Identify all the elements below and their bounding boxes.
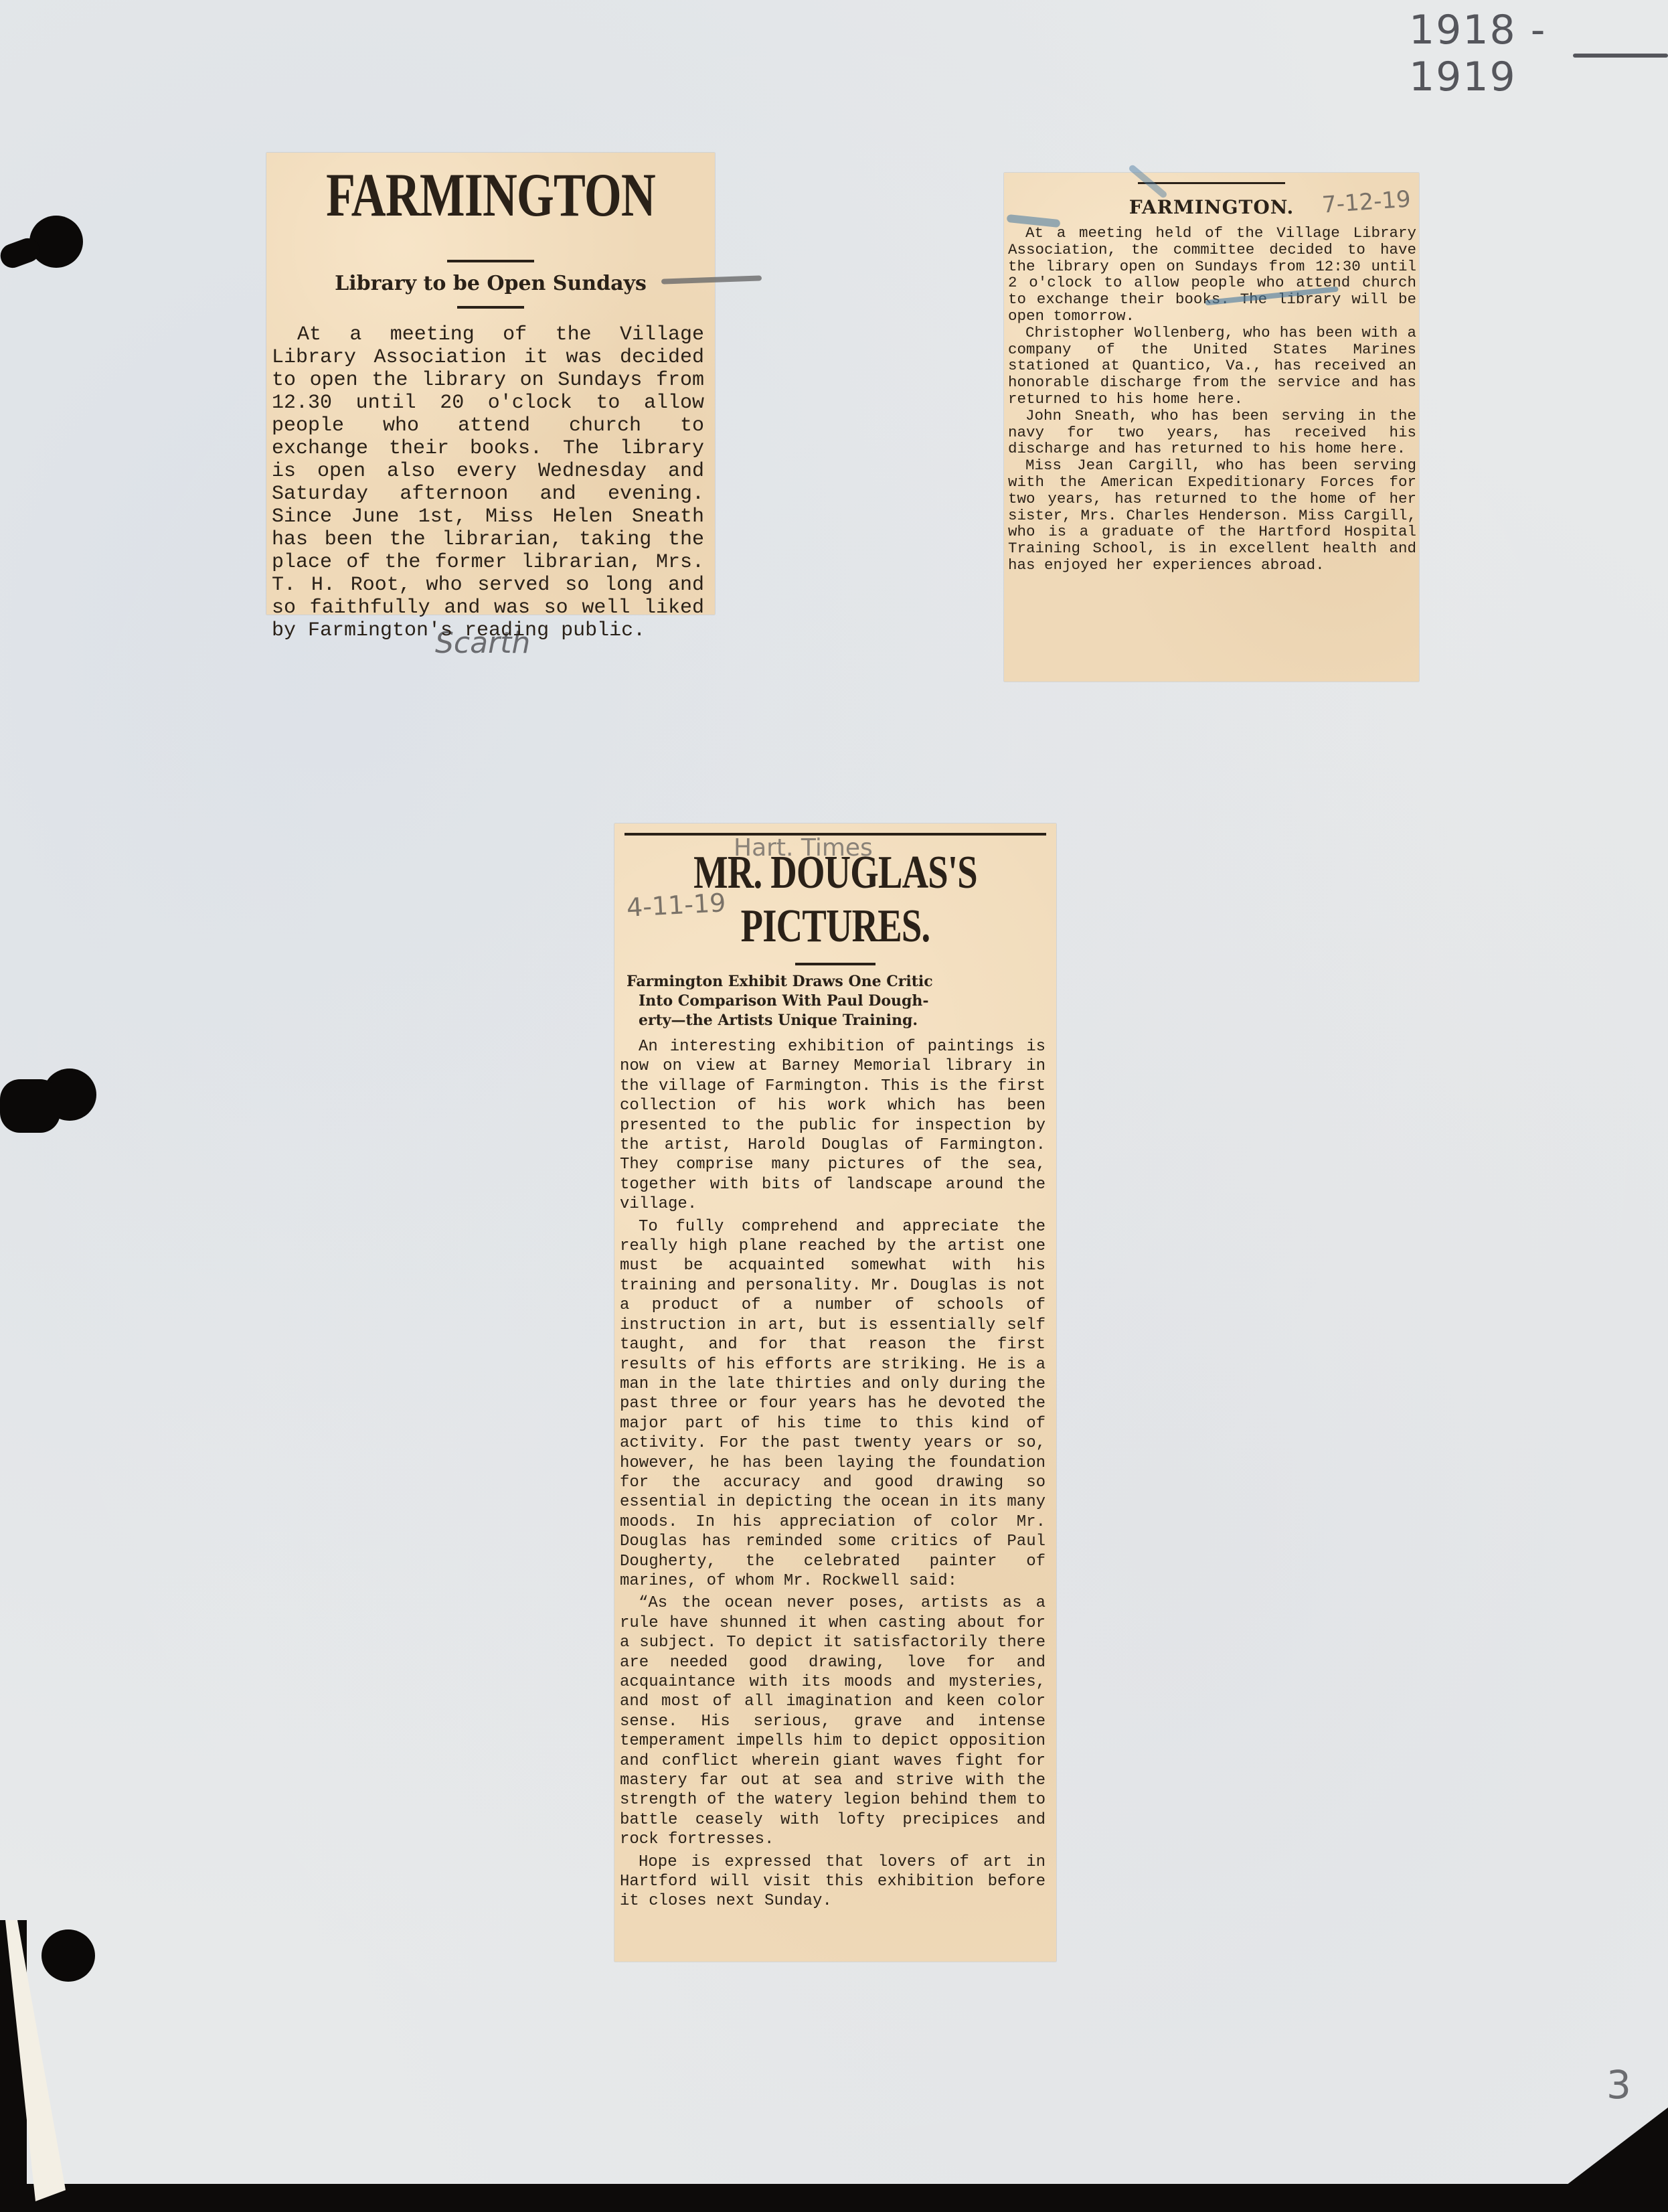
divider-rule <box>447 260 534 262</box>
divider-rule <box>1138 182 1285 184</box>
article-paragraph: To fully comprehend and appreciate the r… <box>620 1217 1046 1591</box>
binder-hole-top <box>29 216 83 268</box>
article-paragraph: At a meeting held of the Village Library… <box>1008 225 1416 325</box>
clipping-body: At a meeting of the Village Library Asso… <box>266 309 715 642</box>
handwritten-date: 4-11-19 <box>626 888 726 923</box>
clipping-subhead: Library to be Open Sundays <box>266 272 715 295</box>
article-paragraph: John Sneath, who has been serving in the… <box>1008 408 1416 457</box>
article-paragraph: An interesting exhibition of paintings i… <box>620 1037 1046 1214</box>
handwritten-underline <box>1573 54 1668 58</box>
clipping-body: At a meeting held of the Village Library… <box>1004 218 1419 574</box>
article-paragraph: “As the ocean never poses, artists as a … <box>620 1593 1046 1849</box>
subhead-line: Farmington Exhibit Draws One Critic <box>627 972 1040 992</box>
clipping-body: An interesting exhibition of paintings i… <box>614 1030 1056 1911</box>
article-paragraph: Miss Jean Cargill, who has been serving … <box>1008 457 1416 574</box>
binder-hole-tear <box>0 1079 60 1133</box>
clipping-headline: FARMINGTON <box>316 158 666 232</box>
binder-hole-bottom <box>41 1929 95 1982</box>
article-paragraph: Hope is expressed that lovers of art in … <box>620 1852 1046 1911</box>
clipping-farmington-news: FARMINGTON. 7-12-19 At a meeting held of… <box>1004 173 1419 682</box>
clipping-library-open-sundays: FARMINGTON Library to be Open Sundays At… <box>266 153 715 615</box>
subhead-line: Into Comparison With Paul Dough- <box>627 992 1040 1011</box>
subhead-line: erty—the Artists Unique Training. <box>627 1011 1040 1030</box>
article-paragraph: Christopher Wollenberg, who has been wit… <box>1008 325 1416 408</box>
clipping-douglas-pictures: Hart. Times MR. DOUGLAS'S PICTURES. 4-11… <box>614 823 1056 1962</box>
scan-background-bottom <box>0 2184 1668 2212</box>
clipping-subhead: Farmington Exhibit Draws One Critic Into… <box>614 965 1056 1030</box>
handwritten-page-number: 3 <box>1606 2062 1631 2108</box>
article-paragraph: At a meeting of the Village Library Asso… <box>272 323 704 642</box>
